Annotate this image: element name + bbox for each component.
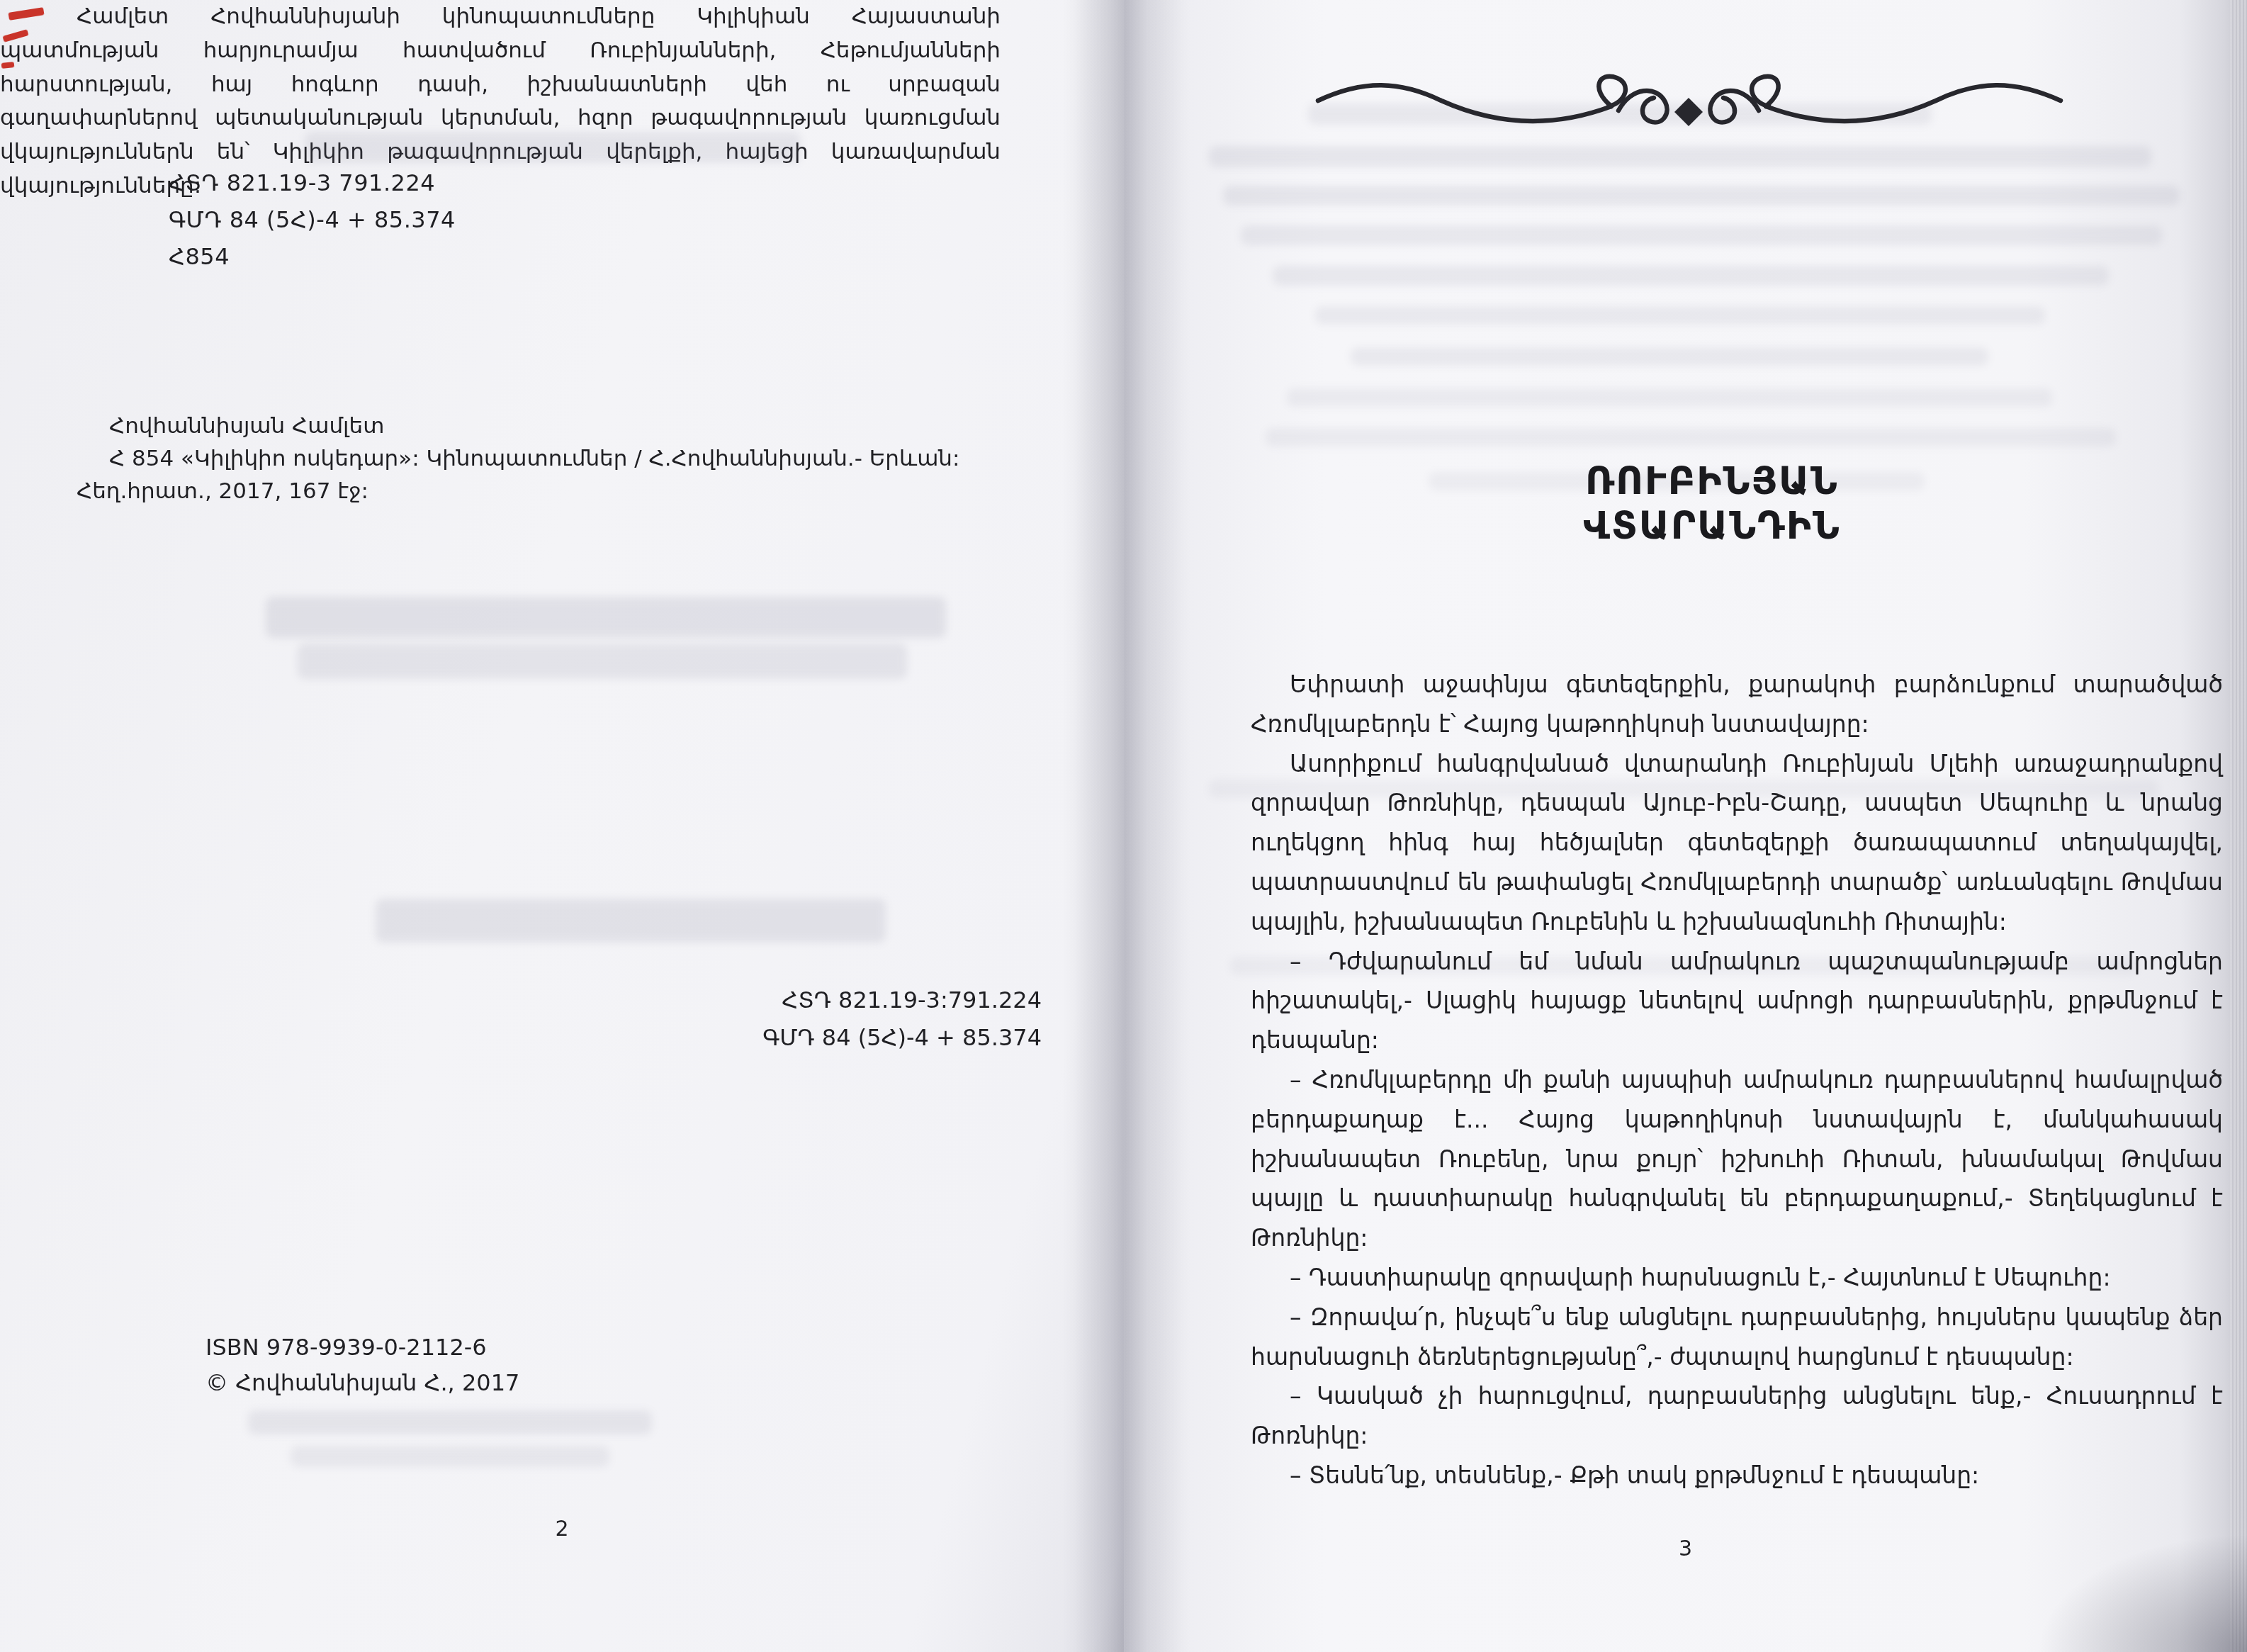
- gutter-shadow: [1124, 0, 1191, 1652]
- showthrough-ghost: [248, 1410, 652, 1434]
- flourish-divider-icon: [1314, 68, 2065, 139]
- body-text: Եփրատի աջափնյա գետեզերքին, քարակոփ բարձո…: [1251, 665, 2223, 1495]
- udc-block-top: ՀՏԴ 821.19-3 791.224 ԳՄԴ 84 (5Հ)-4 + 85.…: [169, 164, 456, 275]
- page-number-right: 3: [1124, 1536, 2247, 1561]
- publisher-line: Հեղ.հրատ., 2017, 167 էջ:: [77, 475, 959, 507]
- showthrough-ghost: [1315, 306, 2045, 325]
- author-line: Հովհաննիսյան Համլետ: [77, 410, 959, 442]
- udc-line: ՀՏԴ 821.19-3 791.224: [169, 164, 456, 201]
- showthrough-ghost: [1209, 146, 2151, 167]
- copyright-line: © Հովհաննիսյան Հ., 2017: [205, 1365, 519, 1400]
- isbn-line: ISBN 978-9939-0-2112-6: [205, 1330, 519, 1365]
- catalog-block: Հովհաննիսյան Համլետ Հ 854 «Կիլիկիո ոսկեդ…: [77, 410, 959, 507]
- showthrough-ghost: [1351, 347, 1988, 366]
- paragraph: – Հռոմկլաբերդը մի քանի այսպիսի ամրակուռ …: [1251, 1060, 2223, 1258]
- gutter-shadow: [1074, 0, 1124, 1652]
- showthrough-ghost: [376, 899, 886, 943]
- paragraph: – Կասկած չի հարուցվում, դարբասներից անցն…: [1251, 1376, 2223, 1456]
- udc-line: ԳՄԴ 84 (5Հ)-4 + 85.374: [169, 201, 456, 238]
- udc-line: Հ854: [169, 238, 456, 275]
- book-spread: ՀՏԴ 821.19-3 791.224 ԳՄԴ 84 (5Հ)-4 + 85.…: [0, 0, 2247, 1652]
- catalog-entry-line: Հ 854 «Կիլիկիո ոսկեդար»: Կինոպատումներ /…: [77, 442, 959, 475]
- showthrough-ghost: [1266, 428, 2116, 446]
- showthrough-ghost: [298, 644, 907, 679]
- isbn-block: ISBN 978-9939-0-2112-6 © Հովհաննիսյան Հ.…: [205, 1330, 519, 1400]
- paragraph: – Դժվարանում եմ նման ամրակուռ պաշտպանութ…: [1251, 942, 2223, 1060]
- paragraph: Եփրատի աջափնյա գետեզերքին, քարակոփ բարձո…: [1251, 665, 2223, 744]
- chapter-title-line: ՎՏԱՐԱՆԴԻՆ: [1223, 504, 2201, 549]
- chapter-title-line: ՌՈՒԲԻՆՅԱՆ: [1223, 459, 2201, 504]
- chapter-title: ՌՈՒԲԻՆՅԱՆ ՎՏԱՐԱՆԴԻՆ: [1223, 459, 2201, 549]
- udc-block-middle: ՀՏԴ 821.19-3:791.224 ԳՄԴ 84 (5Հ)-4 + 85.…: [567, 982, 1042, 1057]
- showthrough-ghost: [1273, 266, 2109, 286]
- annotation-paragraph: Համլետ Հովհաննիսյանի կինոպատումները Կիլի…: [0, 0, 1001, 203]
- paragraph: – Զորավա՛ր, ինչպե՞ս ենք անցնելու դարբասն…: [1251, 1298, 2223, 1377]
- page-stack-edge: [2230, 0, 2247, 1652]
- left-page: ՀՏԴ 821.19-3 791.224 ԳՄԴ 84 (5Հ)-4 + 85.…: [0, 0, 1124, 1652]
- paragraph: Ասորիքում հանգրվանած վտարանդի Ռուբինյան …: [1251, 744, 2223, 942]
- udc-line: ՀՏԴ 821.19-3:791.224: [567, 982, 1042, 1019]
- paragraph: – Տեսնե՛նք, տեսնենք,- Քթի տակ քրթմնջում …: [1251, 1456, 2223, 1495]
- showthrough-ghost: [1287, 388, 2052, 407]
- right-page: ՌՈՒԲԻՆՅԱՆ ՎՏԱՐԱՆԴԻՆ Եփրատի աջափնյա գետեզ…: [1124, 0, 2247, 1652]
- udc-line: ԳՄԴ 84 (5Հ)-4 + 85.374: [567, 1019, 1042, 1057]
- showthrough-ghost: [1241, 225, 2162, 245]
- paragraph: – Դաստիարակը զորավարի հարսնացուն է,- Հայ…: [1251, 1258, 2223, 1298]
- showthrough-ghost: [1223, 186, 2180, 206]
- page-number-left: 2: [0, 1517, 1124, 1541]
- showthrough-ghost: [266, 597, 946, 638]
- showthrough-ghost: [291, 1446, 609, 1467]
